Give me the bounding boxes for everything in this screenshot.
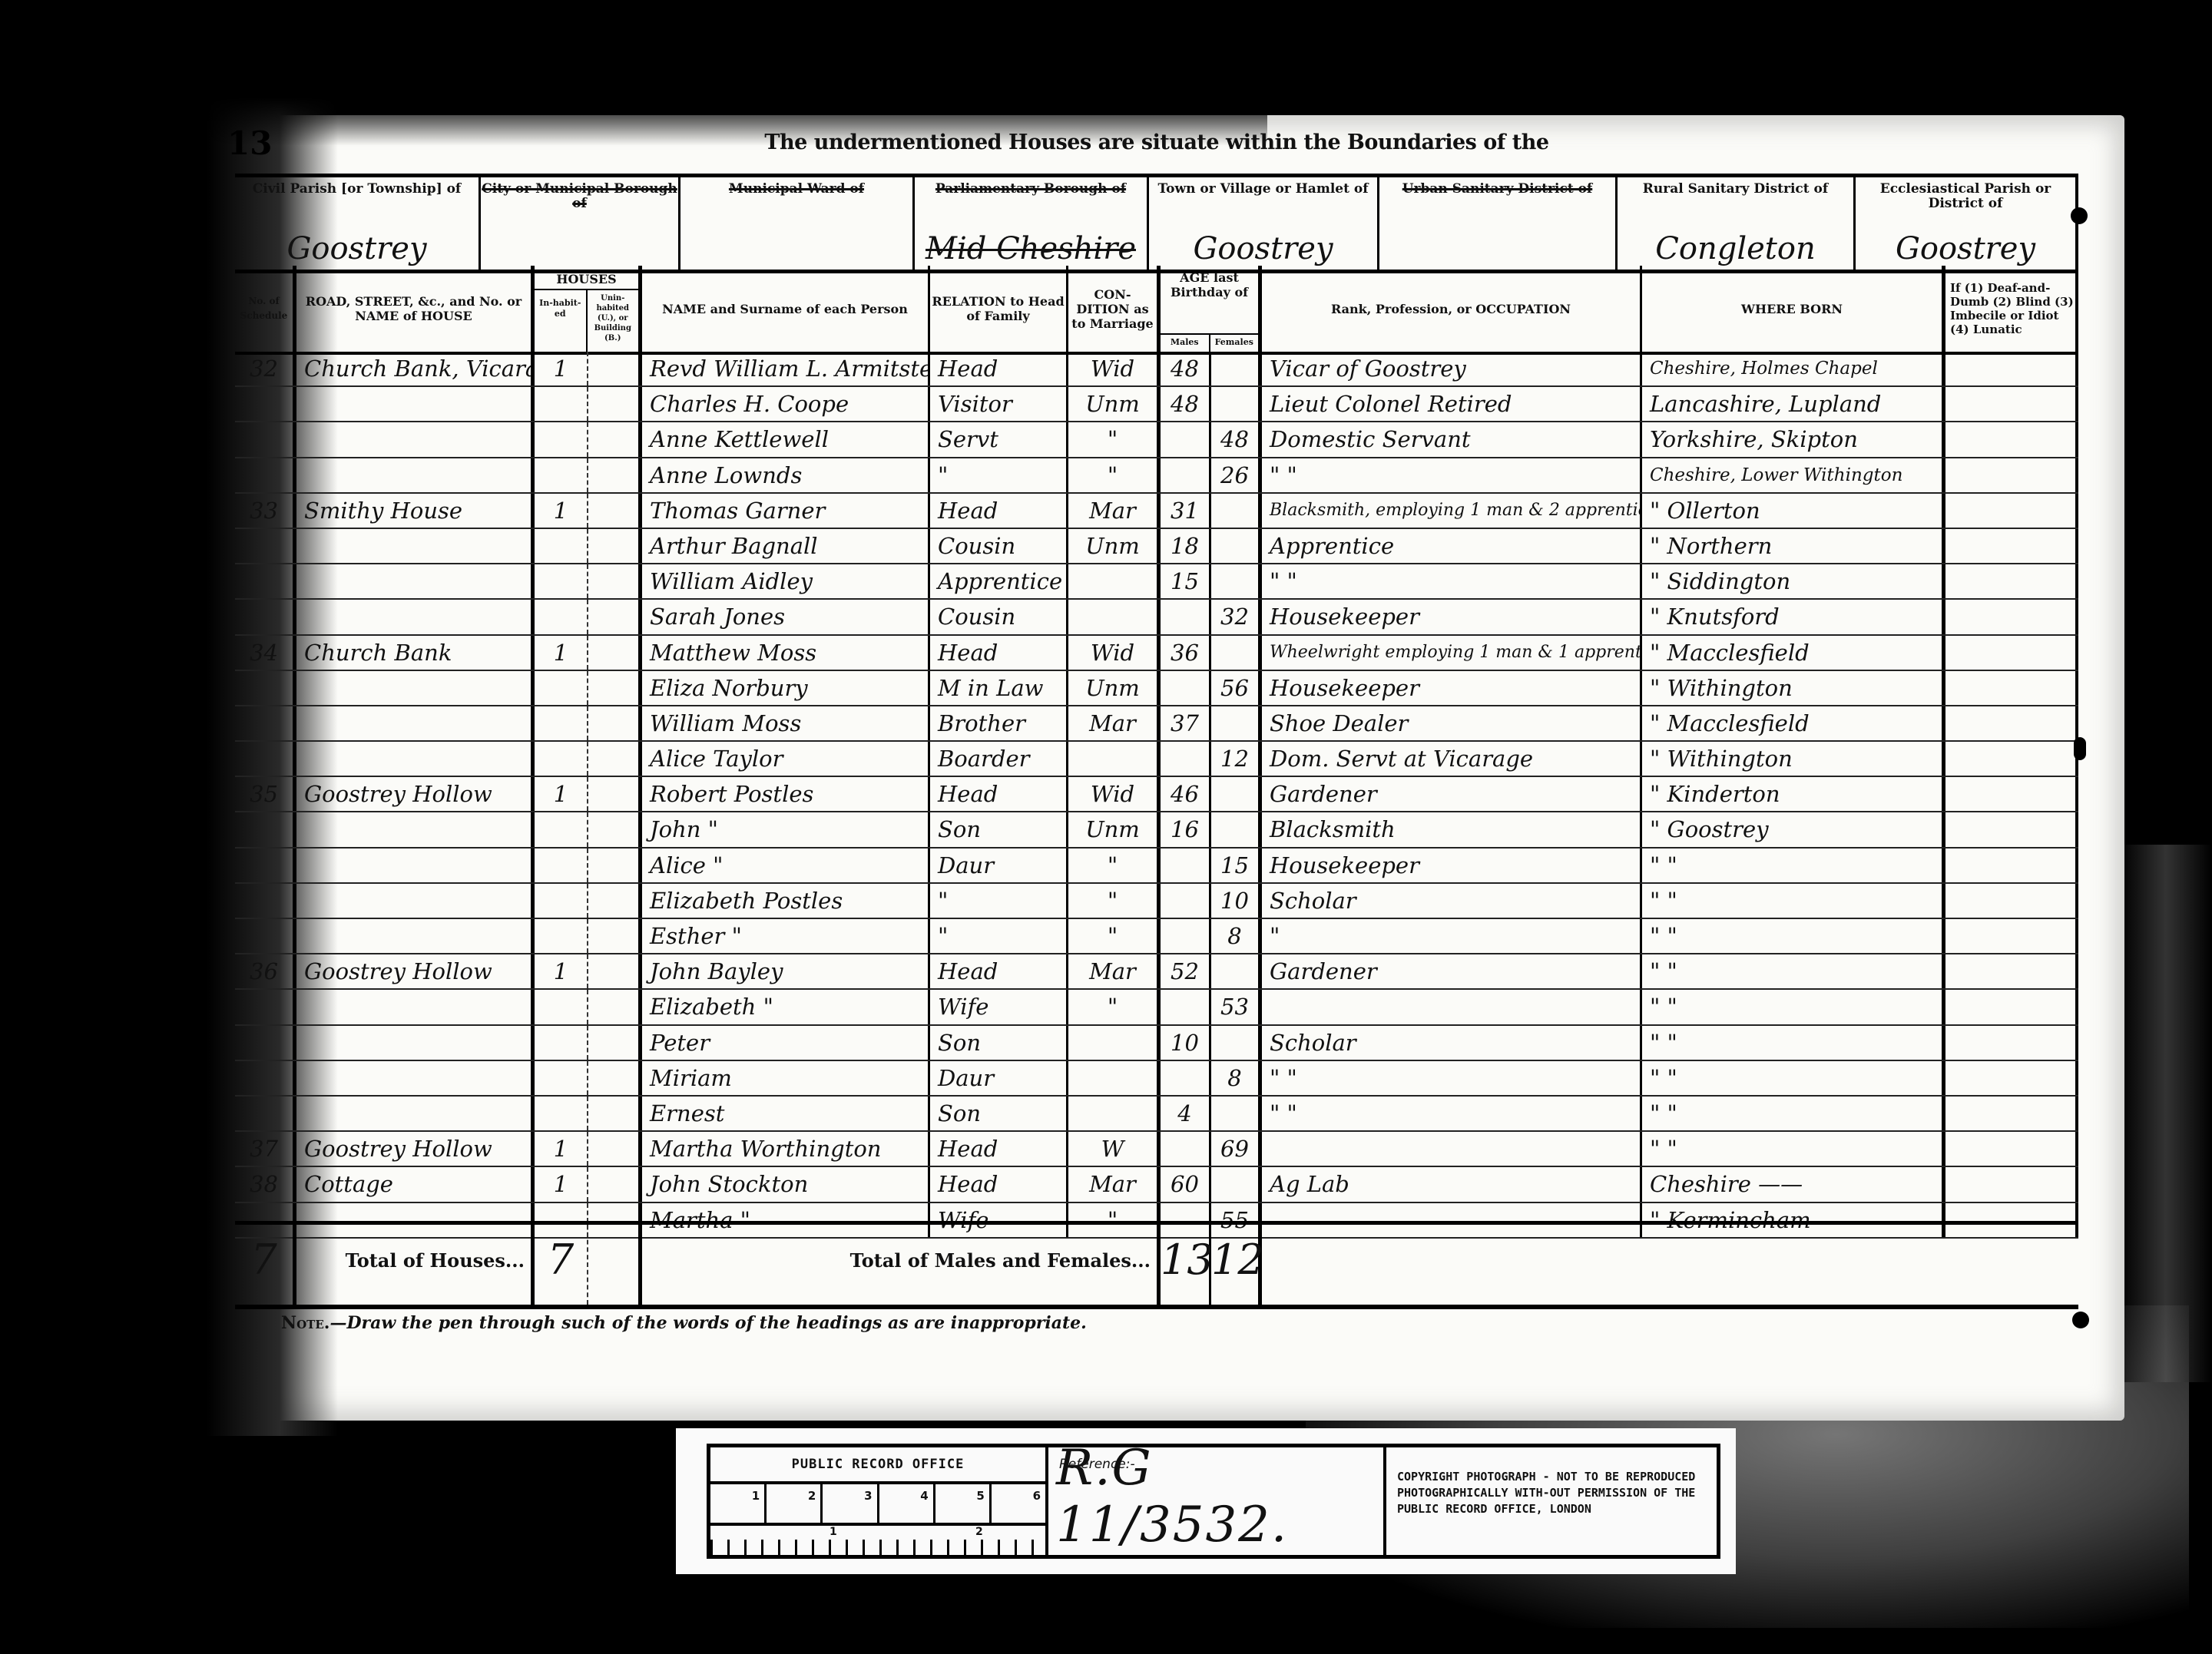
cell-occupation: " "	[1262, 1097, 1642, 1130]
cell-infirmity	[1945, 422, 2078, 456]
cell-inhabited	[535, 671, 588, 705]
cell-female-age	[1211, 954, 1262, 988]
cell-relation: Brother	[930, 706, 1068, 740]
record-office-scale-panel: PUBLIC RECORD OFFICE 1 2 3 4 5 6 1 2	[710, 1447, 1048, 1555]
cell-name: Martha Worthington	[642, 1132, 930, 1166]
cell-uninhabited	[588, 387, 642, 421]
cell-road	[296, 600, 535, 633]
cell-male-age: 16	[1161, 812, 1211, 846]
cell-schedule	[235, 1061, 296, 1095]
cell-male-age: 37	[1161, 706, 1211, 740]
cell-inhabited	[535, 1097, 588, 1130]
table-row: ErnestSon4" "" "	[235, 1097, 2078, 1132]
cell-road	[296, 742, 535, 776]
cell-condition: Mar	[1068, 954, 1161, 988]
cell-name: Sarah Jones	[642, 600, 930, 633]
cell-where-born: Cheshire ——	[1642, 1167, 1945, 1201]
census-rows: 32Church Bank, Vicarage1Revd William L. …	[235, 352, 2078, 1239]
cell-road	[296, 812, 535, 846]
cell-name: Alice "	[642, 849, 930, 882]
cell-where-born: Yorkshire, Skipton	[1642, 422, 1945, 456]
cell-schedule: 32	[235, 352, 296, 385]
cell-occupation: Housekeeper	[1262, 671, 1642, 705]
cell-road	[296, 458, 535, 492]
cell-where-born: " "	[1642, 954, 1945, 988]
col-females: Females	[1210, 335, 1259, 352]
cell-occupation: Vicar of Goostrey	[1262, 352, 1642, 385]
cell-male-age	[1161, 600, 1211, 633]
cell-occupation: Wheelwright employing 1 man & 1 apprenti…	[1262, 636, 1642, 670]
cell-inhabited	[535, 387, 588, 421]
form-title: The undermentioned Houses are situate wi…	[235, 131, 2078, 154]
total-empty	[1262, 1225, 2078, 1305]
cell-schedule	[235, 387, 296, 421]
cell-schedule	[235, 812, 296, 846]
cell-inhabited	[535, 1061, 588, 1095]
cell-female-age: 53	[1211, 990, 1262, 1024]
cell-condition: W	[1068, 1132, 1161, 1166]
cell-female-age: 69	[1211, 1132, 1262, 1166]
cell-inhabited	[535, 990, 588, 1024]
cell-condition: Unm	[1068, 812, 1161, 846]
cell-uninhabited	[588, 636, 642, 670]
cell-schedule	[235, 422, 296, 456]
cell-condition: "	[1068, 919, 1161, 953]
cell-inhabited: 1	[535, 494, 588, 528]
cell-where-born: " "	[1642, 884, 1945, 918]
cell-relation: M in Law	[930, 671, 1068, 705]
cell-road	[296, 1026, 535, 1060]
cell-where-born: " Withington	[1642, 671, 1945, 705]
cell-name: John "	[642, 812, 930, 846]
cell-female-age	[1211, 706, 1262, 740]
cell-relation: Head	[930, 352, 1068, 385]
cell-relation: Son	[930, 1097, 1068, 1130]
boundary-town-village: Town or Village or Hamlet of Goostrey	[1149, 177, 1379, 270]
cell-road	[296, 1061, 535, 1095]
cell-condition: "	[1068, 849, 1161, 882]
cell-female-age: 32	[1211, 600, 1262, 633]
scale-boxes: 1 2 3 4 5 6	[710, 1484, 1045, 1526]
col-inhabited: In-habit-ed	[535, 290, 588, 352]
cell-schedule: 37	[235, 1132, 296, 1166]
table-row: 33Smithy House1Thomas GarnerHeadMar31Bla…	[235, 494, 2078, 529]
total-houses-uninhabited	[588, 1225, 642, 1305]
cell-relation: Servt	[930, 422, 1068, 456]
cell-inhabited	[535, 849, 588, 882]
cell-condition	[1068, 742, 1161, 776]
cell-male-age: 48	[1161, 387, 1211, 421]
cell-inhabited	[535, 884, 588, 918]
cell-relation: Cousin	[930, 529, 1068, 563]
cell-infirmity	[1945, 564, 2078, 598]
cell-male-age	[1161, 919, 1211, 953]
table-row: William AidleyApprentice15" "" Siddingto…	[235, 564, 2078, 600]
cell-road	[296, 919, 535, 953]
cell-schedule: 38	[235, 1167, 296, 1201]
cell-condition	[1068, 600, 1161, 633]
cell-occupation: " "	[1262, 1061, 1642, 1095]
boundary-urban-sanitary: Urban Sanitary District of	[1379, 177, 1618, 270]
inch-ruler: 1 2	[710, 1526, 1045, 1555]
col-relation: RELATION to Head of Family	[930, 266, 1068, 352]
cell-infirmity	[1945, 884, 2078, 918]
cell-infirmity	[1945, 849, 2078, 882]
cell-occupation: Lieut Colonel Retired	[1262, 387, 1642, 421]
cell-name: Miriam	[642, 1061, 930, 1095]
form-note: Note.—Draw the pen through such of the w…	[281, 1313, 1087, 1333]
cell-occupation: Apprentice	[1262, 529, 1642, 563]
cell-infirmity	[1945, 742, 2078, 776]
cell-schedule	[235, 919, 296, 953]
cell-occupation	[1262, 1132, 1642, 1166]
cell-infirmity	[1945, 1061, 2078, 1095]
cell-male-age: 18	[1161, 529, 1211, 563]
cell-female-age: 48	[1211, 422, 1262, 456]
cell-where-born: " "	[1642, 919, 1945, 953]
cell-infirmity	[1945, 706, 2078, 740]
table-row: Alice "Daur"15Housekeeper" "	[235, 849, 2078, 884]
total-houses-label-cell: Total of Houses...	[296, 1225, 535, 1305]
cell-uninhabited	[588, 919, 642, 953]
total-persons-label-cell: Total of Males and Females...	[642, 1225, 1161, 1305]
ink-blot	[2072, 1312, 2089, 1328]
cell-where-born: " Northern	[1642, 529, 1945, 563]
cell-infirmity	[1945, 352, 2078, 385]
cell-name: Arthur Bagnall	[642, 529, 930, 563]
boundary-municipal-borough: City or Municipal Borough of	[481, 177, 680, 270]
cell-where-born: " Macclesfield	[1642, 636, 1945, 670]
cell-female-age: 12	[1211, 742, 1262, 776]
cell-schedule	[235, 742, 296, 776]
cell-inhabited	[535, 458, 588, 492]
cell-male-age: 46	[1161, 777, 1211, 811]
table-row: Eliza NorburyM in LawUnm56Housekeeper" W…	[235, 671, 2078, 706]
total-houses-inhabited: 7	[535, 1225, 588, 1305]
cell-female-age	[1211, 777, 1262, 811]
cell-road: Goostrey Hollow	[296, 1132, 535, 1166]
boundary-ecclesiastical-parish: Ecclesiastical Parish or District of Goo…	[1856, 177, 2078, 270]
cell-name: William Moss	[642, 706, 930, 740]
cell-road	[296, 529, 535, 563]
cell-name: Peter	[642, 1026, 930, 1060]
cell-road: Church Bank	[296, 636, 535, 670]
cell-name: Thomas Garner	[642, 494, 930, 528]
cell-name: William Aidley	[642, 564, 930, 598]
cell-uninhabited	[588, 422, 642, 456]
cell-condition	[1068, 1061, 1161, 1095]
cell-where-born: " "	[1642, 1061, 1945, 1095]
cell-relation: "	[930, 919, 1068, 953]
cell-condition: Unm	[1068, 387, 1161, 421]
cell-schedule	[235, 458, 296, 492]
table-row: Anne Lownds""26" "Cheshire, Lower Within…	[235, 458, 2078, 494]
cell-where-born: " "	[1642, 990, 1945, 1024]
cell-road: Cottage	[296, 1167, 535, 1201]
cell-female-age: 8	[1211, 1061, 1262, 1095]
cell-occupation	[1262, 990, 1642, 1024]
table-row: Alice TaylorBoarder12Dom. Servt at Vicar…	[235, 742, 2078, 777]
cell-relation: Head	[930, 1167, 1068, 1201]
cell-inhabited	[535, 919, 588, 953]
cell-where-born: " Ollerton	[1642, 494, 1945, 528]
cell-road	[296, 884, 535, 918]
cell-occupation: Ag Lab	[1262, 1167, 1642, 1201]
cell-relation: Head	[930, 494, 1068, 528]
cell-relation: Son	[930, 812, 1068, 846]
cell-male-age	[1161, 742, 1211, 776]
cell-uninhabited	[588, 777, 642, 811]
cell-infirmity	[1945, 990, 2078, 1024]
cell-male-age: 36	[1161, 636, 1211, 670]
cell-condition: "	[1068, 422, 1161, 456]
cell-condition	[1068, 1097, 1161, 1130]
cell-where-born: " Siddington	[1642, 564, 1945, 598]
ink-blot	[2071, 207, 2088, 224]
cell-female-age: 56	[1211, 671, 1262, 705]
cell-road: Goostrey Hollow	[296, 954, 535, 988]
boundaries-header: Civil Parish [or Township] of Goostrey C…	[235, 174, 2078, 273]
cell-schedule	[235, 706, 296, 740]
table-row: 35Goostrey Hollow1Robert PostlesHeadWid4…	[235, 777, 2078, 812]
cell-male-age	[1161, 671, 1211, 705]
cell-name: Ernest	[642, 1097, 930, 1130]
table-row: Elizabeth Postles""10Scholar" "	[235, 884, 2078, 919]
cell-road	[296, 990, 535, 1024]
cell-uninhabited	[588, 1026, 642, 1060]
reference-panel: Reference:- R.G 11/3532.	[1048, 1447, 1386, 1555]
cell-name: Elizabeth "	[642, 990, 930, 1024]
col-road: ROAD, STREET, &c., and No. or NAME of HO…	[296, 266, 535, 352]
cell-where-born: " Goostrey	[1642, 812, 1945, 846]
table-row: William MossBrotherMar37Shoe Dealer" Mac…	[235, 706, 2078, 742]
cell-where-born: " "	[1642, 1026, 1945, 1060]
cell-infirmity	[1945, 1167, 2078, 1201]
cell-infirmity	[1945, 671, 2078, 705]
cell-relation: Head	[930, 954, 1068, 988]
cell-schedule: 35	[235, 777, 296, 811]
boundary-rural-sanitary: Rural Sanitary District of Congleton	[1618, 177, 1856, 270]
col-schedule: No. of Schedule	[235, 266, 296, 352]
cell-occupation: Domestic Servant	[1262, 422, 1642, 456]
cell-schedule	[235, 849, 296, 882]
cell-occupation: Gardener	[1262, 777, 1642, 811]
cell-uninhabited	[588, 1167, 642, 1201]
cell-inhabited	[535, 742, 588, 776]
cell-schedule: 36	[235, 954, 296, 988]
cell-name: Anne Kettlewell	[642, 422, 930, 456]
boundary-parliamentary-borough: Parliamentary Borough of Mid Cheshire	[915, 177, 1149, 270]
cell-occupation: " "	[1262, 564, 1642, 598]
cell-relation: Daur	[930, 849, 1068, 882]
cell-inhabited	[535, 564, 588, 598]
cell-female-age: 15	[1211, 849, 1262, 882]
cell-condition	[1068, 564, 1161, 598]
cell-condition: "	[1068, 990, 1161, 1024]
cell-uninhabited	[588, 458, 642, 492]
cell-male-age: 10	[1161, 1026, 1211, 1060]
col-age: AGE last Birthday of Males Females	[1161, 266, 1262, 352]
cell-infirmity	[1945, 529, 2078, 563]
cell-infirmity	[1945, 458, 2078, 492]
cell-condition: Mar	[1068, 706, 1161, 740]
cell-female-age	[1211, 636, 1262, 670]
col-infirmity: If (1) Deaf-and-Dumb (2) Blind (3) Imbec…	[1945, 266, 2078, 352]
cell-name: Charles H. Coope	[642, 387, 930, 421]
total-schedules: 7	[235, 1225, 296, 1305]
cell-condition	[1068, 1026, 1161, 1060]
boundary-civil-parish: Civil Parish [or Township] of Goostrey	[235, 177, 481, 270]
cell-name: Eliza Norbury	[642, 671, 930, 705]
cell-inhabited	[535, 529, 588, 563]
cell-uninhabited	[588, 849, 642, 882]
cell-name: Robert Postles	[642, 777, 930, 811]
cell-road: Goostrey Hollow	[296, 777, 535, 811]
cell-relation: Head	[930, 777, 1068, 811]
cell-inhabited: 1	[535, 1167, 588, 1201]
cell-infirmity	[1945, 387, 2078, 421]
cell-uninhabited	[588, 1132, 642, 1166]
cell-infirmity	[1945, 919, 2078, 953]
scan-background-edge	[2120, 845, 2212, 1382]
table-row: 37Goostrey Hollow1Martha WorthingtonHead…	[235, 1132, 2078, 1167]
cell-male-age	[1161, 458, 1211, 492]
cell-name: Alice Taylor	[642, 742, 930, 776]
reference-value: R.G 11/3532.	[1056, 1440, 1383, 1553]
cell-relation: Head	[930, 636, 1068, 670]
cell-relation: Wife	[930, 990, 1068, 1024]
cell-occupation: Blacksmith	[1262, 812, 1642, 846]
cell-inhabited: 1	[535, 1132, 588, 1166]
table-row: 38Cottage1John StocktonHeadMar60Ag LabCh…	[235, 1167, 2078, 1202]
cell-schedule	[235, 671, 296, 705]
cell-male-age	[1161, 849, 1211, 882]
table-row: 34Church Bank1Matthew MossHeadWid36Wheel…	[235, 636, 2078, 671]
cell-name: John Bayley	[642, 954, 930, 988]
cell-road: Church Bank, Vicarage	[296, 352, 535, 385]
cell-where-born: " "	[1642, 849, 1945, 882]
table-row: MiriamDaur8" "" "	[235, 1061, 2078, 1097]
cell-uninhabited	[588, 1061, 642, 1095]
cell-where-born: " "	[1642, 1132, 1945, 1166]
ink-blot	[2074, 737, 2086, 760]
cell-inhabited	[535, 706, 588, 740]
cell-male-age: 52	[1161, 954, 1211, 988]
col-occupation: Rank, Profession, or OCCUPATION	[1262, 266, 1642, 352]
cell-condition: Unm	[1068, 671, 1161, 705]
cell-uninhabited	[588, 884, 642, 918]
cell-male-age	[1161, 1132, 1211, 1166]
census-form: 13 The undermentioned Houses are situate…	[235, 131, 2078, 1353]
cell-female-age	[1211, 1026, 1262, 1060]
cell-uninhabited	[588, 600, 642, 633]
col-uninhabited: Unin-habited (U.), or Building (B.)	[588, 290, 639, 352]
cell-schedule: 33	[235, 494, 296, 528]
table-row: 32Church Bank, Vicarage1Revd William L. …	[235, 352, 2078, 387]
cell-uninhabited	[588, 564, 642, 598]
table-row: Arthur BagnallCousinUnm18Apprentice" Nor…	[235, 529, 2078, 564]
cell-schedule: 34	[235, 636, 296, 670]
cell-name: Elizabeth Postles	[642, 884, 930, 918]
col-males: Males	[1161, 335, 1210, 352]
cell-condition: Unm	[1068, 529, 1161, 563]
cell-infirmity	[1945, 954, 2078, 988]
cell-inhabited: 1	[535, 777, 588, 811]
cell-schedule	[235, 529, 296, 563]
cell-schedule	[235, 884, 296, 918]
cell-relation: "	[930, 458, 1068, 492]
total-males: 13	[1161, 1225, 1211, 1305]
cell-occupation: Scholar	[1262, 1026, 1642, 1060]
table-row: Charles H. CoopeVisitorUnm48Lieut Colone…	[235, 387, 2078, 422]
cell-infirmity	[1945, 600, 2078, 633]
cell-occupation: Housekeeper	[1262, 600, 1642, 633]
cell-relation: Visitor	[930, 387, 1068, 421]
cell-uninhabited	[588, 954, 642, 988]
cell-condition: Wid	[1068, 777, 1161, 811]
cell-female-age	[1211, 564, 1262, 598]
cell-occupation: Housekeeper	[1262, 849, 1642, 882]
cell-condition: Wid	[1068, 352, 1161, 385]
cell-relation: Head	[930, 1132, 1068, 1166]
cell-occupation: Shoe Dealer	[1262, 706, 1642, 740]
cell-uninhabited	[588, 1097, 642, 1130]
cell-schedule	[235, 1097, 296, 1130]
cell-relation: Apprentice	[930, 564, 1068, 598]
cell-occupation: " "	[1262, 458, 1642, 492]
cell-name: Revd William L. Armitstead	[642, 352, 930, 385]
cell-inhabited: 1	[535, 954, 588, 988]
cell-road	[296, 387, 535, 421]
cell-inhabited: 1	[535, 352, 588, 385]
cell-where-born: " "	[1642, 1097, 1945, 1130]
cell-uninhabited	[588, 706, 642, 740]
totals-row: 7 Total of Houses... 7 Total of Males an…	[235, 1221, 2078, 1309]
cell-female-age	[1211, 352, 1262, 385]
cell-male-age: 15	[1161, 564, 1211, 598]
copyright-notice: COPYRIGHT PHOTOGRAPH - NOT TO BE REPRODU…	[1386, 1447, 1717, 1555]
table-row: Anne KettlewellServt"48Domestic ServantY…	[235, 422, 2078, 458]
cell-uninhabited	[588, 671, 642, 705]
cell-female-age	[1211, 812, 1262, 846]
table-row: John "SonUnm16Blacksmith" Goostrey	[235, 812, 2078, 848]
table-row: 36Goostrey Hollow1John BayleyHeadMar52Ga…	[235, 954, 2078, 990]
cell-female-age	[1211, 494, 1262, 528]
cell-female-age: 10	[1211, 884, 1262, 918]
cell-uninhabited	[588, 494, 642, 528]
total-females: 12	[1211, 1225, 1262, 1305]
cell-male-age	[1161, 990, 1211, 1024]
boundary-municipal-ward: Municipal Ward of	[680, 177, 915, 270]
cell-condition: "	[1068, 458, 1161, 492]
cell-infirmity	[1945, 1026, 2078, 1060]
cell-relation: Daur	[930, 1061, 1068, 1095]
cell-female-age: 8	[1211, 919, 1262, 953]
cell-uninhabited	[588, 352, 642, 385]
cell-female-age: 26	[1211, 458, 1262, 492]
cell-road	[296, 1097, 535, 1130]
cell-male-age	[1161, 1061, 1211, 1095]
cell-inhabited	[535, 422, 588, 456]
col-houses: HOUSES In-habit-ed Unin-habited (U.), or…	[535, 266, 642, 352]
record-office-label: PUBLIC RECORD OFFICE 1 2 3 4 5 6 1 2 Ref…	[676, 1428, 1736, 1574]
cell-name: John Stockton	[642, 1167, 930, 1201]
cell-male-age	[1161, 422, 1211, 456]
cell-female-age	[1211, 1167, 1262, 1201]
cell-infirmity	[1945, 1132, 2078, 1166]
cell-female-age	[1211, 529, 1262, 563]
cell-infirmity	[1945, 1097, 2078, 1130]
